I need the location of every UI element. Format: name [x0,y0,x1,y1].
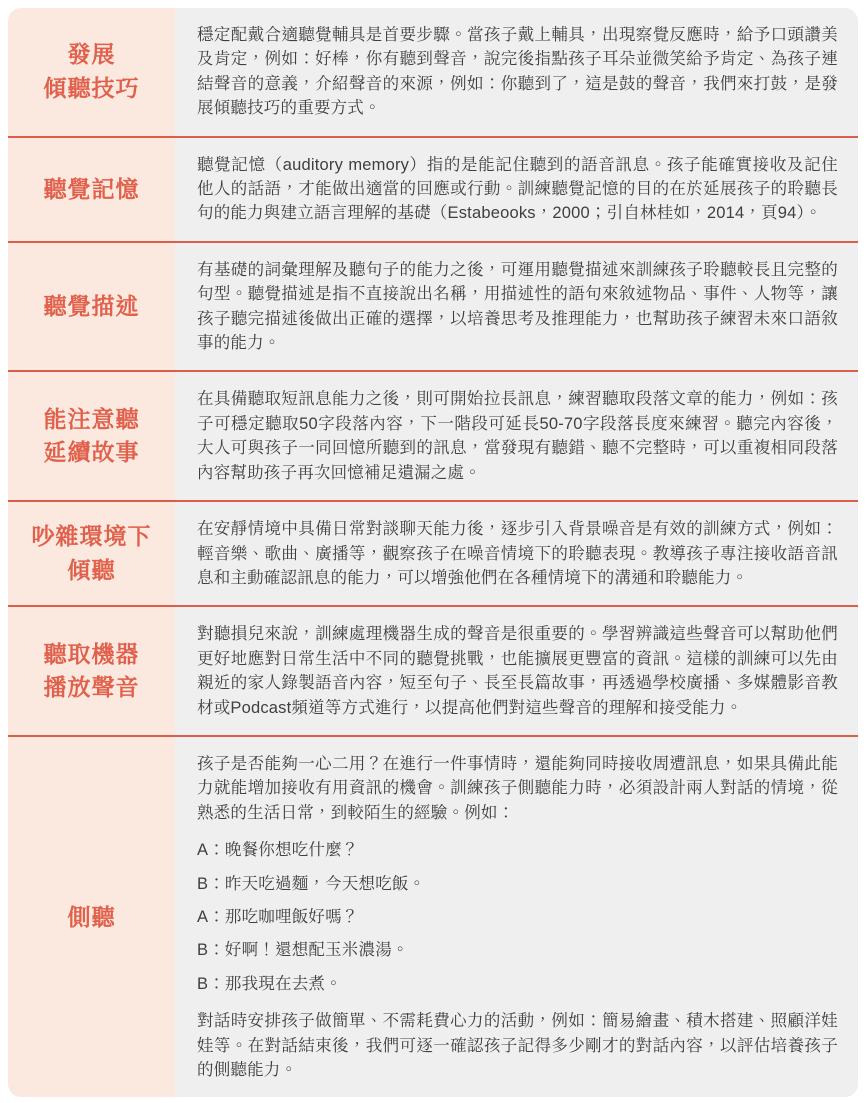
row-heading-text: 側聽 [68,901,116,934]
row-content-cell: 對聽損兒來說，訓練處理機器生成的聲音是很重要的。學習辨識這些聲音可以幫助他們更好… [175,607,858,735]
row-heading-text: 延續故事 [44,436,140,469]
body-paragraph: 在具備聽取短訊息能力之後，則可開始拉長訊息，練習聽取段落文章的能力，例如：孩子可… [197,387,838,485]
dialogue-line: B：那我現在去煮。 [197,972,838,996]
table-row-overhearing: 側聽 孩子是否能夠一心二用？在進行一件事情時，還能夠同時接收周遭訊息，如果具備此… [8,735,858,1097]
table-row-attend-continuing-story: 能注意聽延續故事 在具備聽取短訊息能力之後，則可開始拉長訊息，練習聽取段落文章的… [8,370,858,500]
row-heading-text: 聽覺描述 [44,290,140,323]
row-heading-text: 能注意聽 [44,403,140,436]
row-content-cell: 聽覺記憶（auditory memory）指的是能記住聽到的語音訊息。孩子能確實… [175,138,858,241]
row-heading-text: 聽取機器 [44,638,140,671]
row-content-cell: 穩定配戴合適聽覺輔具是首要步驟。當孩子戴上輔具，出現察覺反應時，給予口頭讚美及肯… [175,8,858,136]
row-heading-text: 傾聽技巧 [44,72,140,105]
row-heading-cell: 能注意聽延續故事 [8,372,175,500]
row-heading-text: 聽覺記憶 [44,173,140,206]
table-row-develop-listening-skills: 發展傾聽技巧 穩定配戴合適聽覺輔具是首要步驟。當孩子戴上輔具，出現察覺反應時，給… [8,8,858,136]
row-heading-text: 吵雜環境下 [32,520,152,553]
row-content-cell: 有基礎的詞彙理解及聽句子的能力之後，可運用聽覺描述來訓練孩子聆聽較長且完整的句型… [175,243,858,371]
body-paragraph: 對聽損兒來說，訓練處理機器生成的聲音是很重要的。學習辨識這些聲音可以幫助他們更好… [197,622,838,720]
row-heading-cell: 聽取機器播放聲音 [8,607,175,735]
dialogue-line: B：好啊！還想配玉米濃湯。 [197,938,838,962]
table-row-listening-in-noise: 吵雜環境下傾聽 在安靜情境中具備日常對談聊天能力後，逐步引入背景噪音是有效的訓練… [8,500,858,605]
dialogue-line: A：那吃咖哩飯好嗎？ [197,905,838,929]
row-heading-cell: 聽覺記憶 [8,138,175,241]
row-content-cell: 在安靜情境中具備日常對談聊天能力後，逐步引入背景噪音是有效的訓練方式，例如：輕音… [175,502,858,605]
body-paragraph: 在安靜情境中具備日常對談聊天能力後，逐步引入背景噪音是有效的訓練方式，例如：輕音… [197,517,838,590]
row-heading-cell: 側聽 [8,737,175,1097]
body-paragraph: 對話時安排孩子做簡單、不需耗費心力的活動，例如：簡易繪畫、積木搭建、照顧洋娃娃等… [197,1009,838,1082]
body-paragraph: 有基礎的詞彙理解及聽句子的能力之後，可運用聽覺描述來訓練孩子聆聽較長且完整的句型… [197,258,838,356]
body-paragraph: 聽覺記憶（auditory memory）指的是能記住聽到的語音訊息。孩子能確實… [197,153,838,226]
listening-training-table: 發展傾聽技巧 穩定配戴合適聽覺輔具是首要步驟。當孩子戴上輔具，出現察覺反應時，給… [8,8,858,1097]
page: 發展傾聽技巧 穩定配戴合適聽覺輔具是首要步驟。當孩子戴上輔具，出現察覺反應時，給… [0,0,866,1103]
body-paragraph: 穩定配戴合適聽覺輔具是首要步驟。當孩子戴上輔具，出現察覺反應時，給予口頭讚美及肯… [197,23,838,121]
row-heading-cell: 發展傾聽技巧 [8,8,175,136]
table-row-auditory-memory: 聽覺記憶 聽覺記憶（auditory memory）指的是能記住聽到的語音訊息。… [8,136,858,241]
row-heading-cell: 聽覺描述 [8,243,175,371]
row-heading-text: 播放聲音 [44,671,140,704]
row-content-cell: 在具備聽取短訊息能力之後，則可開始拉長訊息，練習聽取段落文章的能力，例如：孩子可… [175,372,858,500]
row-heading-text: 發展 [68,38,116,71]
dialogue-line: B：昨天吃過麵，今天想吃飯。 [197,872,838,896]
row-heading-cell: 吵雜環境下傾聽 [8,502,175,605]
table-row-machine-played-sounds: 聽取機器播放聲音 對聽損兒來說，訓練處理機器生成的聲音是很重要的。學習辨識這些聲… [8,605,858,735]
row-heading-text: 傾聽 [68,554,116,587]
dialogue-line: A：晚餐你想吃什麼？ [197,838,838,862]
body-paragraph: 孩子是否能夠一心二用？在進行一件事情時，還能夠同時接收周遭訊息，如果具備此能力就… [197,752,838,825]
table-row-auditory-description: 聽覺描述 有基礎的詞彙理解及聽句子的能力之後，可運用聽覺描述來訓練孩子聆聽較長且… [8,241,858,371]
row-content-cell: 孩子是否能夠一心二用？在進行一件事情時，還能夠同時接收周遭訊息，如果具備此能力就… [175,737,858,1097]
